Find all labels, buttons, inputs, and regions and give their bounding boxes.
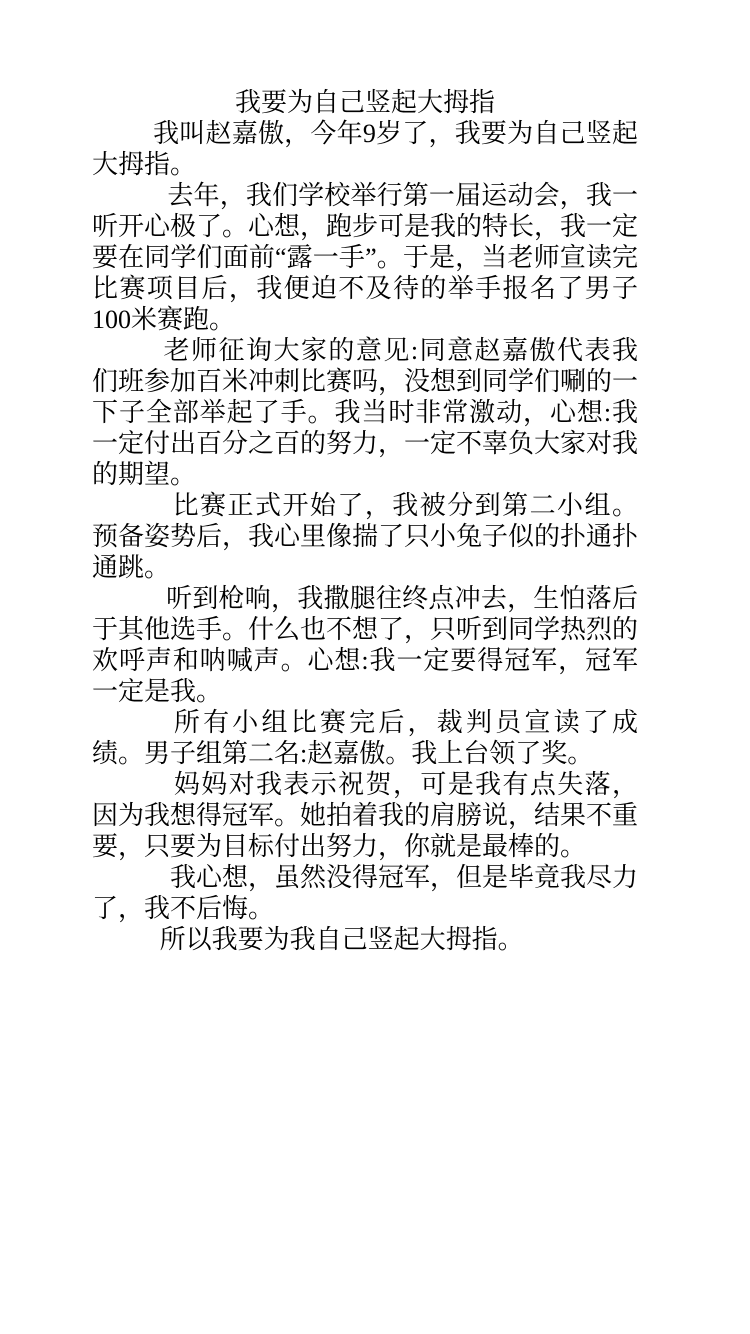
paragraph: 所有小组比赛完后，裁判员宣读了成绩。男子组第二名:赵嘉傲。我上台领了奖。 <box>92 707 638 769</box>
paragraph: 比赛正式开始了，我被分到第二小组。预备姿势后，我心里像揣了只小兔子似的扑通扑通跳… <box>92 490 638 583</box>
paragraph: 听到枪响，我撒腿往终点冲去，生怕落后于其他选手。什么也不想了，只听到同学热烈的欢… <box>92 583 638 707</box>
document-title: 我要为自己竖起大拇指 <box>92 87 638 118</box>
paragraph: 去年，我们学校举行第一届运动会，我一听开心极了。心想，跑步可是我的特长，我一定要… <box>92 180 638 335</box>
paragraph: 老师征询大家的意见:同意赵嘉傲代表我们班参加百米冲刺比赛吗，没想到同学们唰的一下… <box>92 335 638 490</box>
paragraph: 妈妈对我表示祝贺，可是我有点失落，因为我想得冠军。她拍着我的肩膀说，结果不重要，… <box>92 769 638 862</box>
paragraph: 我叫赵嘉傲，今年9岁了，我要为自己竖起大拇指。 <box>92 118 638 180</box>
paragraph: 我心想，虽然没得冠军，但是毕竟我尽力了，我不后悔。 <box>92 862 638 924</box>
paragraph: 所以我要为我自己竖起大拇指。 <box>92 924 638 955</box>
document-content: 我要为自己竖起大拇指 我叫赵嘉傲，今年9岁了，我要为自己竖起大拇指。去年，我们学… <box>92 87 638 955</box>
paragraph-list: 我叫赵嘉傲，今年9岁了，我要为自己竖起大拇指。去年，我们学校举行第一届运动会，我… <box>92 118 638 955</box>
